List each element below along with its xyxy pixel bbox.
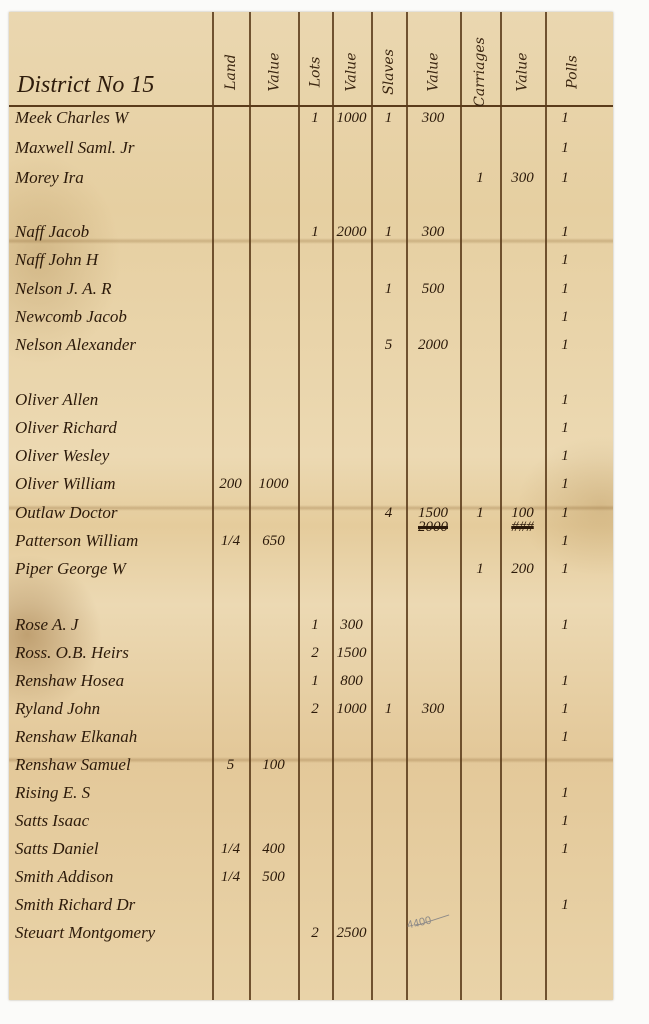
taxpayer-name: Smith Richard Dr [15,895,135,915]
cell-lots: 2 [298,701,332,718]
cell-land-value: 500 [249,869,298,886]
taxpayer-name: Nelson Alexander [15,335,136,355]
cell-slaves: 4 [371,505,406,522]
cell-lots: 1 [298,673,332,690]
col-header-land: Land [212,32,250,112]
col-header-text: Land [223,54,239,90]
cell-polls: 1 [545,561,585,578]
table-row: Maxwell Saml. Jr1 [9,138,613,164]
taxpayer-name: Steuart Montgomery [15,923,155,943]
taxpayer-name: Outlaw Doctor [15,503,117,523]
cell-polls: 1 [545,252,585,269]
cell-slaves-value: 300 [406,110,460,127]
table-row: Outlaw Doctor4150020001100###1 [9,503,613,529]
ledger-page: District No 15 Land Value Lots Value Sla… [9,12,613,1000]
cell-lots: 1 [298,110,332,127]
taxpayer-name: Meek Charles W [15,108,128,128]
col-header-text: Polls [565,55,581,88]
taxpayer-name: Oliver Allen [15,390,98,410]
taxpayer-name: Morey Ira [15,168,84,188]
taxpayer-name: Nelson J. A. R [15,279,111,299]
cell-carriages-value: 200 [500,561,545,578]
cell-land: 5 [212,757,249,774]
cell-polls: 1 [545,841,585,858]
cell-land: 200 [212,476,249,493]
col-header-text: Value [425,53,441,92]
table-row: Ross. O.B. Heirs21500 [9,643,613,669]
col-header-polls: Polls [554,32,592,112]
cell-lots-value: 2000 [332,224,371,241]
cell-slaves: 5 [371,337,406,354]
taxpayer-name: Smith Addison [15,867,113,887]
table-row: Oliver William20010001 [9,474,613,500]
cell-land-value: 100 [249,757,298,774]
table-row: Piper George W12001 [9,559,613,585]
cell-lots: 2 [298,925,332,942]
taxpayer-name: Oliver William [15,474,116,494]
cell-land: 1/4 [212,841,249,858]
cell-polls: 1 [545,813,585,830]
table-row: Rising E. S1 [9,783,613,809]
taxpayer-name: Ross. O.B. Heirs [15,643,129,663]
table-row: Renshaw Samuel5100 [9,755,613,781]
col-header-text: Lots [307,57,323,88]
taxpayer-name: Oliver Wesley [15,446,109,466]
cell-polls: 1 [545,224,585,241]
cell-polls: 1 [545,337,585,354]
table-row: Morey Ira13001 [9,168,613,194]
col-header-lots: Lots [296,32,334,112]
cell-polls: 1 [545,476,585,493]
col-header-lots-value: Value [332,32,370,112]
cell-lots-value: 1000 [332,110,371,127]
cell-polls: 1 [545,785,585,802]
col-header-slaves: Slaves [370,32,408,112]
taxpayer-name: Patterson William [15,531,138,551]
col-header-land-value: Value [255,32,293,112]
cell-polls: 1 [545,701,585,718]
cell-lots-value: 1500 [332,645,371,662]
table-row: Smith Richard Dr1 [9,895,613,921]
col-header-text: Value [343,53,359,92]
table-row: Oliver Wesley1 [9,446,613,472]
taxpayer-name: Maxwell Saml. Jr [15,138,134,158]
table-row: Steuart Montgomery22500 [9,923,613,949]
cell-land: 1/4 [212,533,249,550]
cell-polls: 1 [545,533,585,550]
cell-slaves-value: 300 [406,701,460,718]
taxpayer-name: Satts Daniel [15,839,99,859]
col-header-text: Slaves [381,49,397,95]
cell-polls: 1 [545,392,585,409]
cell-polls: 1 [545,617,585,634]
taxpayer-name: Renshaw Elkanah [15,727,137,747]
cell-land-value: 400 [249,841,298,858]
cell-lots-value: 1000 [332,701,371,718]
table-row: Nelson Alexander520001 [9,335,613,361]
table-row: Oliver Allen1 [9,390,613,416]
cell-slaves-value: 2000 [406,337,460,354]
table-row: Ryland John2100013001 [9,699,613,725]
cell-carriages: 1 [460,561,500,578]
cell-polls: 1 [545,309,585,326]
taxpayer-name: Newcomb Jacob [15,307,127,327]
table-row: Satts Isaac1 [9,811,613,837]
cell-polls: 1 [545,281,585,298]
col-header-slaves-value: Value [414,32,452,112]
taxpayer-name: Renshaw Samuel [15,755,131,775]
taxpayer-name: Piper George W [15,559,126,579]
cell-lots-value: 300 [332,617,371,634]
cell-slaves-value: 500 [406,281,460,298]
cell-slaves: 1 [371,224,406,241]
taxpayer-name: Oliver Richard [15,418,117,438]
cell-carriages: 1 [460,170,500,187]
cell-lots-value: 800 [332,673,371,690]
cell-polls: 1 [545,420,585,437]
col-header-text: Value [514,53,530,92]
taxpayer-name: Renshaw Hosea [15,671,124,691]
col-header-text: Carriages [472,37,488,107]
table-row: Oliver Richard1 [9,418,613,444]
table-row: Smith Addison1/4500 [9,867,613,893]
cell-lots: 1 [298,617,332,634]
cell-lots: 2 [298,645,332,662]
cell-polls: 1 [545,140,585,157]
cell-carriages: 1 [460,505,500,522]
cell-slaves-value: 300 [406,224,460,241]
taxpayer-name: Rising E. S [15,783,90,803]
cell-polls: 1 [545,897,585,914]
cell-lots: 1 [298,224,332,241]
table-row: Patterson William1/46501 [9,531,613,557]
taxpayer-name: Ryland John [15,699,100,719]
table-row: Meek Charles W1100013001 [9,108,613,134]
cell-slaves: 1 [371,110,406,127]
cell-land-value: 650 [249,533,298,550]
table-row: Naff John H1 [9,250,613,276]
table-row: Nelson J. A. R15001 [9,279,613,305]
col-header-carriages: Carriages [461,32,499,112]
table-row: Newcomb Jacob1 [9,307,613,333]
cell-land-value: 1000 [249,476,298,493]
cell-polls: 1 [545,505,585,522]
taxpayer-name: Naff Jacob [15,222,89,242]
cell-slaves: 1 [371,281,406,298]
table-row: Rose A. J13001 [9,615,613,641]
taxpayer-name: Naff John H [15,250,98,270]
cell-polls: 1 [545,729,585,746]
table-row: Renshaw Elkanah1 [9,727,613,753]
cell-polls: 1 [545,170,585,187]
cell-land: 1/4 [212,869,249,886]
district-title: District No 15 [17,72,154,99]
cell-lots-value: 2500 [332,925,371,942]
cell-polls: 1 [545,110,585,127]
cell-polls: 1 [545,448,585,465]
taxpayer-name: Rose A. J [15,615,78,635]
taxpayer-name: Satts Isaac [15,811,89,831]
table-row: Satts Daniel1/44001 [9,839,613,865]
table-row: Naff Jacob1200013001 [9,222,613,248]
cell-slaves: 1 [371,701,406,718]
col-header-carriages-value: Value [503,32,541,112]
cell-polls: 1 [545,673,585,690]
table-row: Renshaw Hosea18001 [9,671,613,697]
cell-carriages-value: 300 [500,170,545,187]
col-header-text: Value [266,53,282,92]
